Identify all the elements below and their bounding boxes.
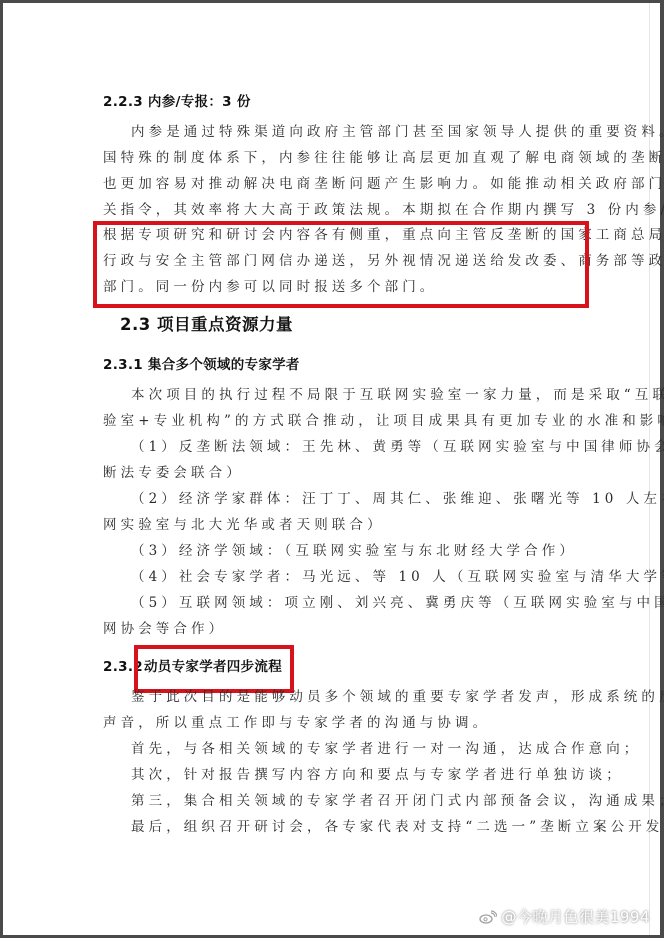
highlight-box-four-step-title bbox=[134, 645, 294, 693]
heading-2-2-3: 2.2.3 内参/专报：3 份 bbox=[103, 93, 251, 111]
step-line: 其次，针对报告撰写内容方向和要点与专家学者进行单独访谈； bbox=[131, 766, 624, 784]
highlight-box-neican-delivery bbox=[93, 221, 589, 308]
list-item-continued: 网协会等合作） bbox=[103, 620, 226, 638]
weibo-icon bbox=[479, 910, 497, 924]
list-item: （3）经济学领域：（互联网实验室与东北财经大学合作） bbox=[131, 542, 577, 560]
paragraph-line: 国特殊的制度体系下，内参往往能够让高层更加直观了解电商领域的垄断问题， bbox=[103, 149, 664, 167]
list-item-continued: 网实验室与北大光华或者天则联合） bbox=[103, 516, 385, 534]
paragraph-line: 验室+专业机构”的方式联合推动，让项目成果具有更加专业的水准和影响力。 bbox=[103, 412, 664, 430]
watermark-text: @今晚月色很美1994 bbox=[501, 908, 650, 926]
paragraph-line: 鉴于此次目的是能够动员多个领域的重要专家学者发声，形成系统的反垄断 bbox=[131, 688, 664, 706]
paragraph-line: 声音，所以重点工作即与专家学者的沟通与协调。 bbox=[103, 714, 490, 732]
list-item: （2）经济学家群体：汪丁丁、周其仁、张维迎、张曙光等 10 人左右（互联 bbox=[131, 490, 664, 508]
step-line: 第三，集合相关领域的专家学者召开闭门式内部预备会议，沟通成果； bbox=[131, 792, 664, 810]
heading-2-3-1: 2.3.1 集合多个领域的专家学者 bbox=[103, 356, 300, 374]
heading-2-3: 2.3 项目重点资源力量 bbox=[120, 315, 293, 335]
step-line: 首先，与各相关领域的专家学者进行一对一沟通，达成合作意向； bbox=[131, 740, 641, 758]
watermark: @今晚月色很美1994 bbox=[479, 906, 650, 927]
paragraph-line: 也更加容易对推动解决电商垄断问题产生影响力。如能推动相关政府部门下达相 bbox=[103, 175, 664, 193]
paragraph-line: 内参是通过特殊渠道向政府主管部门甚至国家领导人提供的重要资料。在我 bbox=[131, 123, 664, 141]
list-item: （1）反垄断法领域：王先林、黄勇等（互联网实验室与中国律师协会反垄 bbox=[131, 438, 664, 456]
document-page: 2.2.3 内参/专报：3 份 内参是通过特殊渠道向政府主管部门甚至国家领导人提… bbox=[3, 3, 660, 935]
list-item: （5）互联网领域：项立刚、刘兴亮、冀勇庆等（互联网实验室与中国互联 bbox=[131, 594, 664, 612]
list-item-continued: 断法专委会联合） bbox=[103, 464, 244, 482]
step-line: 最后，组织召开研讨会，各专家代表对支持“二选一”垄断立案公开发声。 bbox=[131, 818, 664, 836]
paragraph-line: 关指令，其效率将大大高于政策法规。本期拟在合作期内撰写 3 份内参/专报， bbox=[103, 201, 664, 219]
list-item: （4）社会专家学者：马光远、等 10 人（互联网实验室与清华大学等合作） bbox=[131, 568, 664, 586]
paragraph-line: 本次项目的执行过程不局限于互联网实验室一家力量，而是采取“互联网实 bbox=[131, 386, 664, 404]
